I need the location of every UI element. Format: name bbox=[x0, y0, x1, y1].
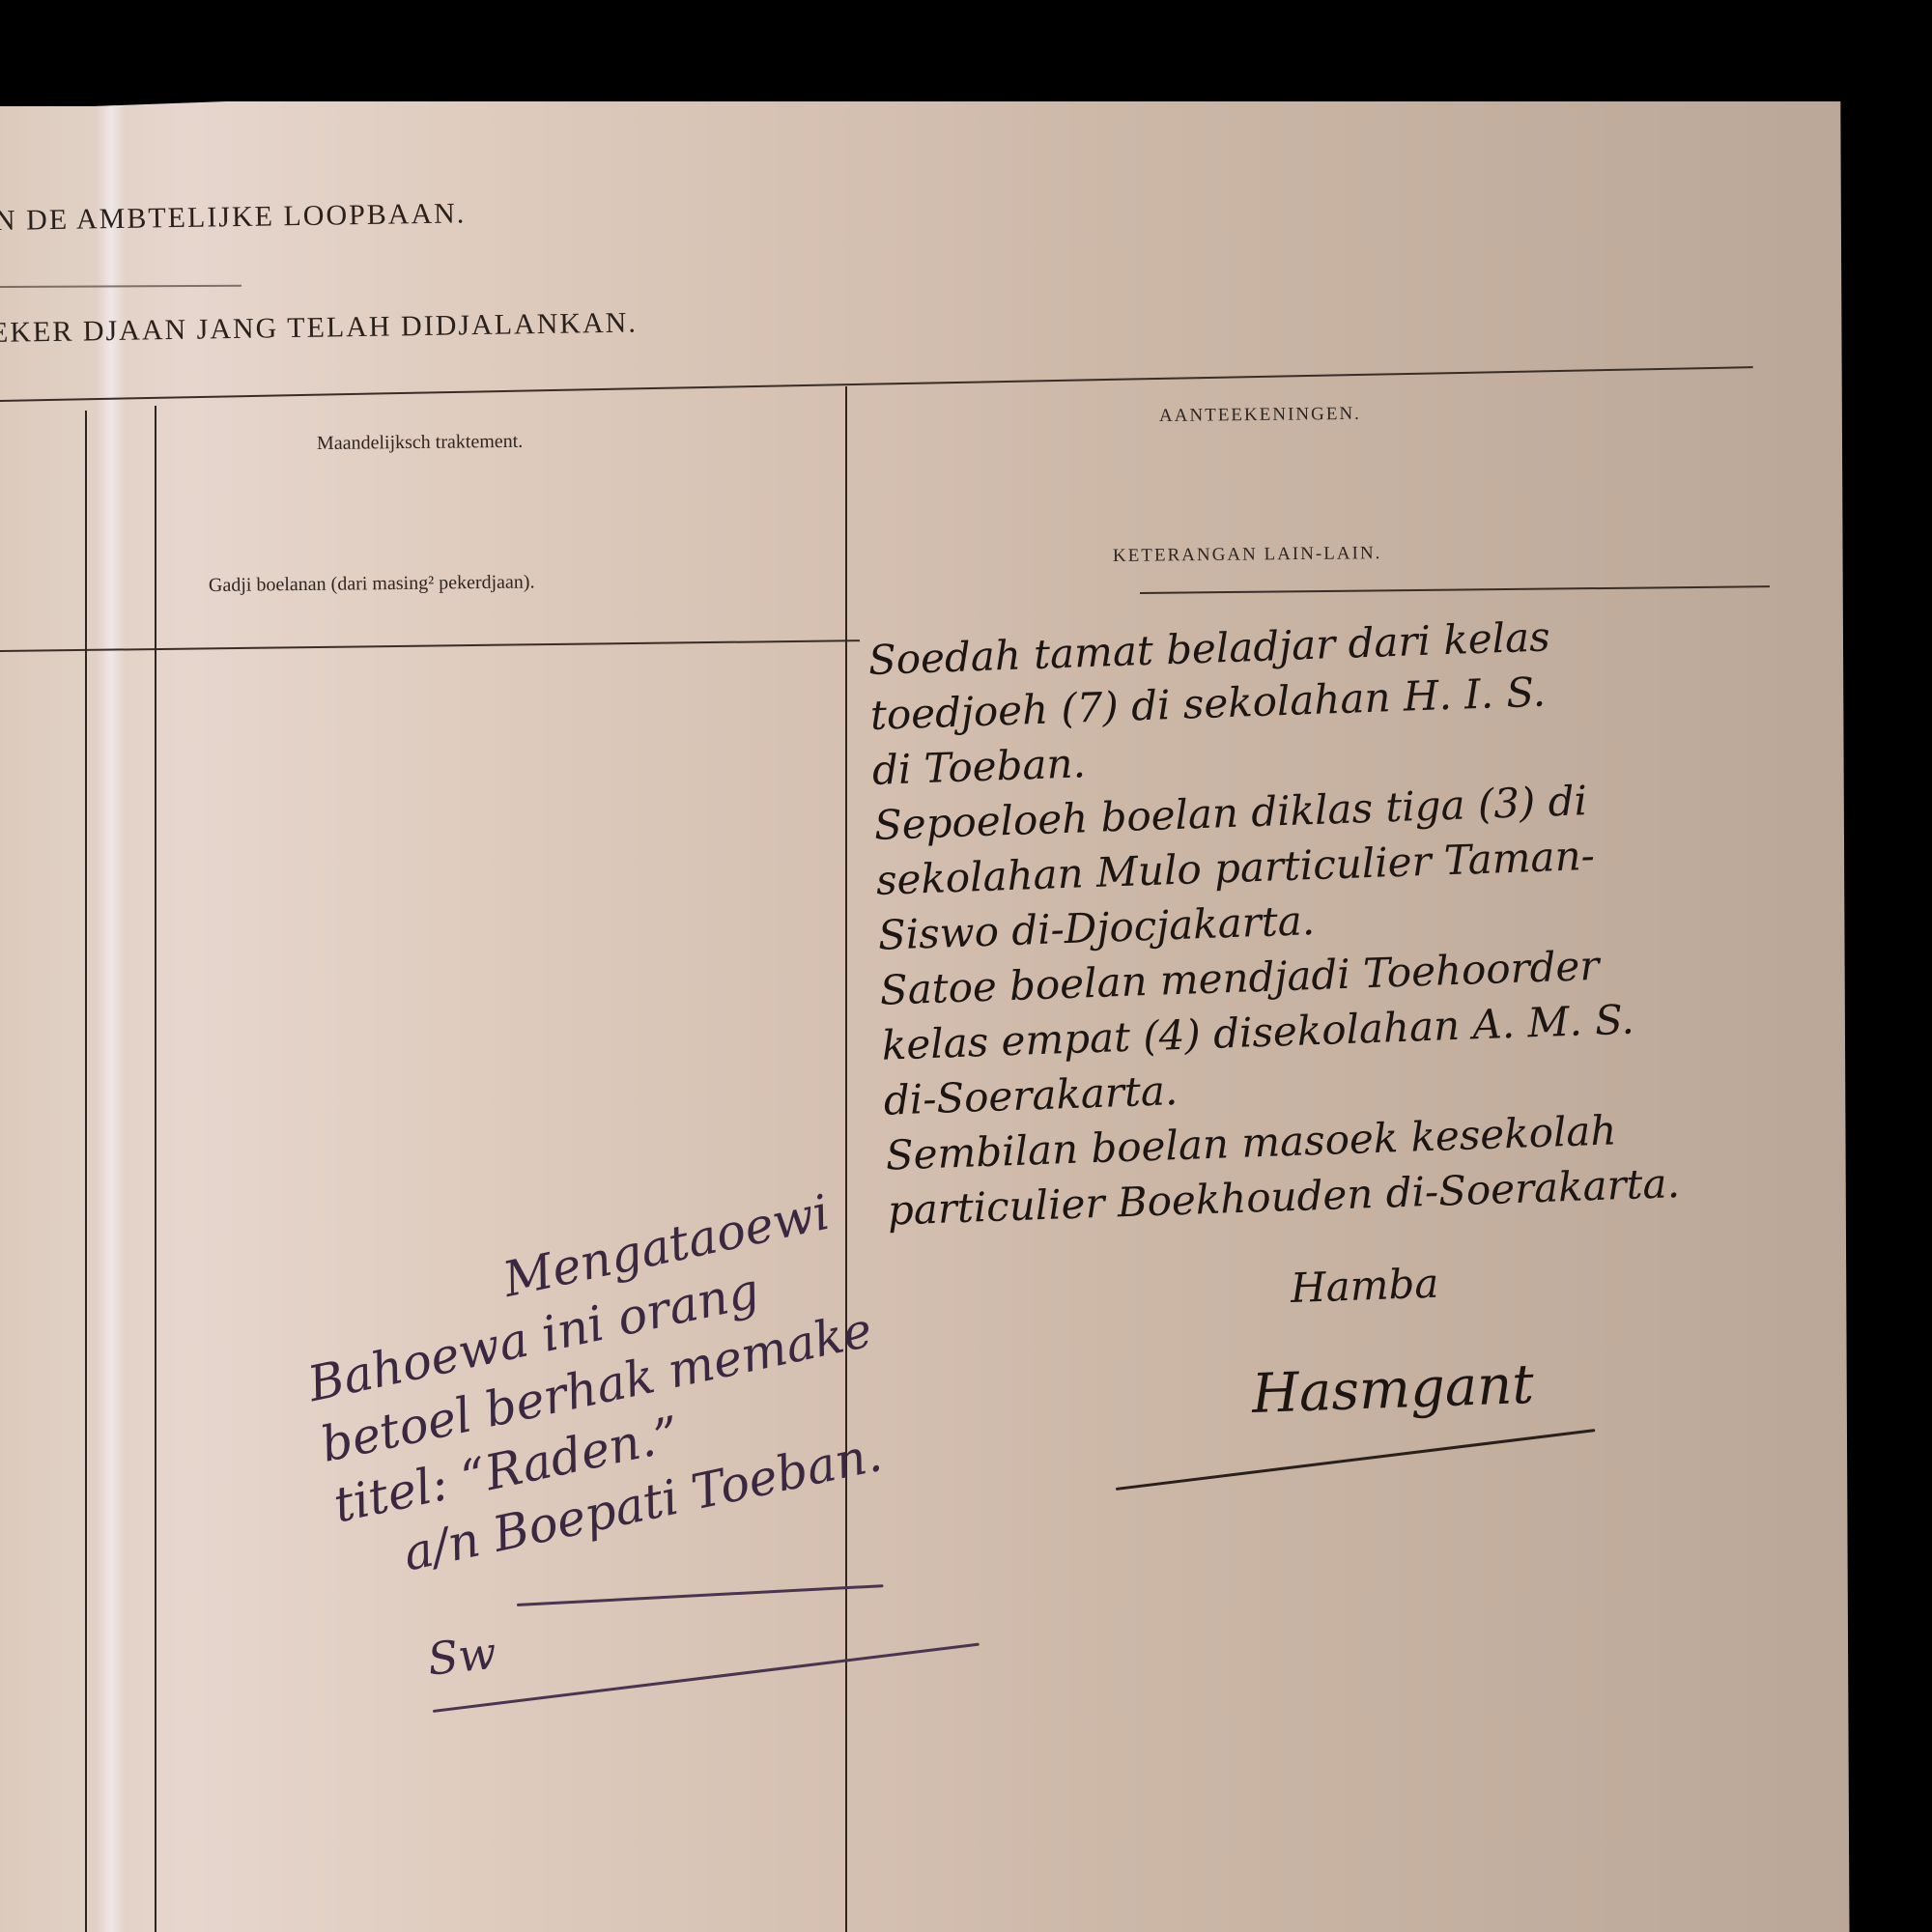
column-divider-1 bbox=[85, 411, 87, 1932]
salary-header-dutch: Maandelijksch traktement. bbox=[317, 431, 523, 455]
column-divider-2 bbox=[155, 406, 156, 1932]
column-divider-salary-notes bbox=[845, 386, 847, 1932]
signature-salutation: Hamba bbox=[1290, 1256, 1439, 1316]
notes-header-malay: KETERANGAN LAIN-LAIN. bbox=[1113, 543, 1382, 567]
salary-header-malay: Gadji boelanan (dari masing² pekerdjaan)… bbox=[209, 571, 535, 597]
handwritten-notes: Soedah tamat beladjar dari kelas toedjoe… bbox=[867, 605, 1681, 1237]
regent-signature: Sw bbox=[425, 1626, 498, 1688]
applicant-signature: Hasmgant bbox=[1251, 1357, 1535, 1422]
notes-header-dutch: AANTEEKENINGEN. bbox=[1159, 404, 1361, 427]
